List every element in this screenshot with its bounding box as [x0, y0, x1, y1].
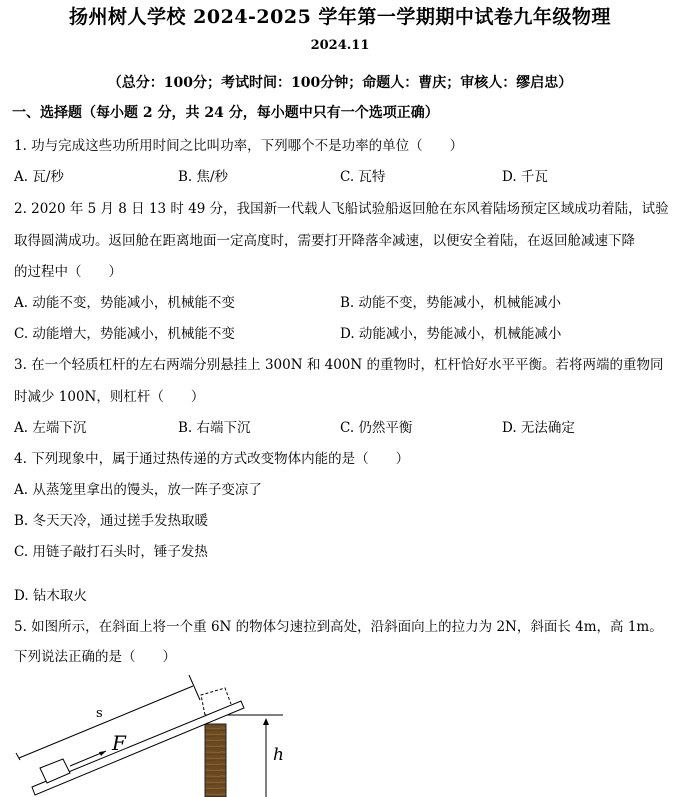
q2-option-d: D. 动能减小，势能减小，机械能减小	[340, 322, 561, 342]
q1-option-b: B. 焦/秒	[178, 165, 228, 185]
q4-option-c: C. 用链子敲打石头时，锤子发热	[14, 540, 208, 560]
q2-option-a: A. 动能不变，势能减小，机械能不变	[14, 291, 235, 311]
exam-title: 扬州树人学校 2024-2025 学年第一学期期中试卷九年级物理	[0, 2, 680, 29]
q4-option-a: A. 从蒸笼里拿出的馒头，放一阵子变凉了	[14, 478, 262, 498]
question-5-stem-line1: 5. 如图所示，在斜面上将一个重 6N 的物体匀速拉到高处，沿斜面向上的拉力为 …	[14, 615, 663, 635]
q1-option-a: A. 瓦/秒	[14, 165, 64, 185]
q3-option-a: A. 左端下沉	[14, 416, 86, 436]
q1-option-c: C. 瓦特	[340, 165, 385, 185]
q3-option-c: C. 仍然平衡	[340, 416, 412, 436]
q4-option-d: D. 钻木取火	[14, 584, 87, 604]
question-4-stem: 4. 下列现象中，属于通过热传递的方式改变物体内能的是（ ）	[14, 447, 409, 467]
q3-option-b: B. 右端下沉	[178, 416, 251, 436]
inclined-plane-figure: F s h	[0, 660, 340, 797]
section-title: 一、选择题（每小题 2 分，共 24 分，每小题中只有一个选项正确）	[12, 102, 439, 122]
q3-option-d: D. 无法确定	[502, 416, 575, 436]
question-3-stem-line1: 3. 在一个轻质杠杆的左右两端分别悬挂上 300N 和 400N 的重物时，杠杆…	[14, 353, 664, 373]
question-2-stem-line2: 取得圆满成功。返回舱在距离地面一定高度时，需要打开降落伞减速，以便安全着陆，在返…	[14, 229, 635, 249]
exam-meta: （总分：100分；考试时间：100分钟；命题人：曹庆；审核人：缪启忠）	[0, 72, 680, 92]
q2-option-b: B. 动能不变，势能减小，机械能减小	[340, 291, 561, 311]
q4-option-b: B. 冬天天冷，通过搓手发热取暖	[14, 509, 208, 529]
exam-date: 2024.11	[0, 38, 680, 53]
q1-option-d: D. 千瓦	[502, 165, 548, 185]
height-label: h	[273, 745, 284, 765]
q2-option-c: C. 动能增大，势能减小，机械能不变	[14, 322, 235, 342]
force-label: F	[111, 731, 127, 755]
question-1-stem: 1. 功与完成这些功所用时间之比叫功率，下列哪个不是功率的单位（ ）	[14, 134, 463, 154]
length-label: s	[96, 706, 103, 721]
question-2-stem-line1: 2. 2020 年 5 月 8 日 13 时 49 分，我国新一代载人飞船试验船…	[14, 197, 669, 217]
wood-block	[205, 724, 226, 797]
question-2-stem-line3: 的过程中（ ）	[14, 260, 122, 280]
question-3-stem-line2: 时减少 100N，则杠杆（ ）	[14, 385, 204, 405]
